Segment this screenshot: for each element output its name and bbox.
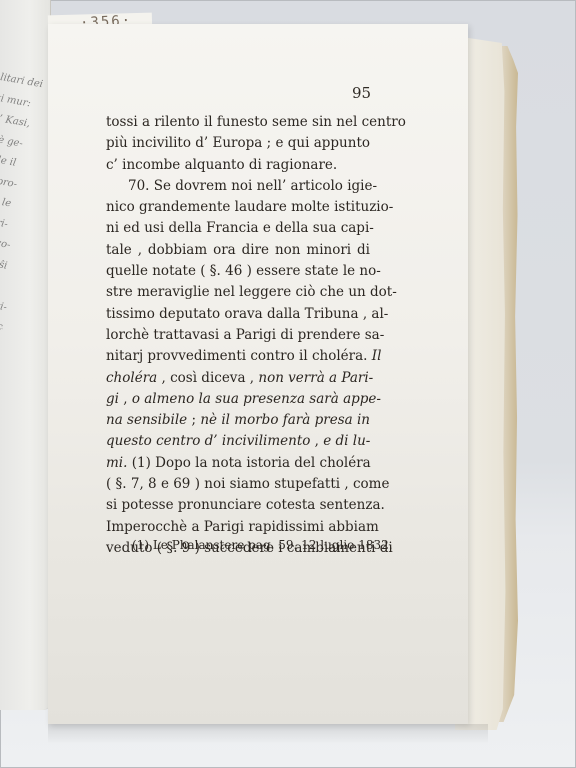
text-line: ( §. 7, 8 e 69 ) noi siamo stupefatti , … [106, 474, 370, 495]
text-line: tale , dobbiam ora dire non minori di [106, 240, 370, 261]
page-shadow [48, 724, 488, 744]
text-line: stre meraviglie nel leggere ciò che un d… [106, 282, 370, 303]
text-line: mi. (1) Dopo la nota istoria del choléra [106, 453, 370, 474]
text-line: choléra , così diceva , non verrà a Pari… [106, 368, 370, 389]
text-line: tissimo deputato orava dalla Tribuna , a… [106, 304, 370, 325]
text-line: lorchè trattavasi a Parigi di prendere s… [106, 325, 370, 346]
text-line: c’ incombe alquanto di ragionare. [106, 155, 370, 176]
text-line: ni ed usi della Francia e della sua capi… [106, 218, 370, 239]
facing-page: litari deiti mur:o’ Kasi,Nè ge-vole ili … [0, 0, 51, 710]
text-line: questo centro d’ incivilimento , e di lu… [106, 431, 370, 452]
text-line: nico grandemente laudare molte istituzio… [106, 197, 370, 218]
footnote: (1) Le Phalanstere pag. 59. 12 luglio 18… [132, 538, 393, 552]
text-line: si potesse pronunciare cotesta sentenza. [106, 495, 370, 516]
page-number: 95 [352, 84, 371, 102]
text-line: nitarj provvedimenti contro il choléra. … [106, 346, 370, 367]
page-body-text: tossi a rilento il funesto seme sin nel … [106, 112, 370, 559]
text-line: quelle notate ( §. 46 ) essere state le … [106, 261, 370, 282]
text-line: tossi a rilento il funesto seme sin nel … [106, 112, 370, 133]
text-line: Imperocchè a Parigi rapidissimi abbiam [106, 517, 370, 538]
text-line: più incivilito d’ Europa ; e qui appunto [106, 133, 370, 154]
text-line: gi , o almeno la sua presenza sarà appe- [106, 389, 370, 410]
facing-page-text: litari deiti mur:o’ Kasi,Nè ge-vole ili … [0, 68, 47, 540]
text-line: na sensibile ; nè il morbo farà presa in [106, 410, 370, 431]
text-line: 70. Se dovrem noi nell’ articolo igie- [106, 176, 370, 197]
